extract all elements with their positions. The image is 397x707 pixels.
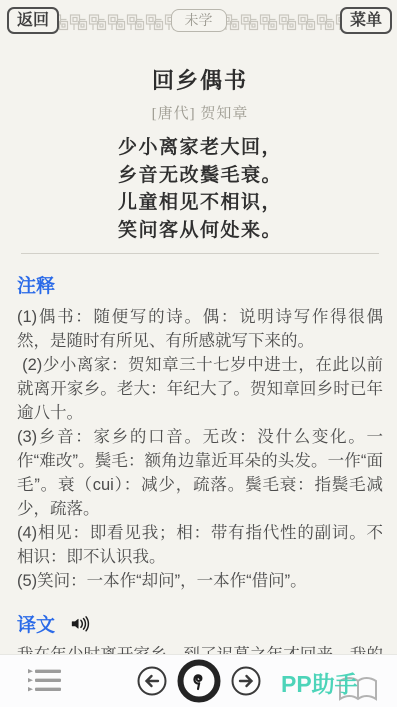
menu-button[interactable]: 菜单 [340,7,392,34]
poem-line: 少小离家老大回， [17,134,383,162]
lesson-content: 回乡偶书 [唐代] 贺知章 少小离家老大回， 乡音无改鬓毛衰。 儿童相见不相识，… [0,40,397,691]
note-item: (1)偶书：随便写的诗。偶：说明诗写作得很偶然，是随时有所见、有所感就写下来的。 [17,305,383,353]
back-button[interactable]: 返回 [7,7,59,34]
pp-assistant-watermark: PP助手 [281,663,381,703]
app-screen: 返回 未学 菜单 回乡偶书 [唐代] 贺知章 少小离家老大回， 乡音无改鬓毛衰。… [0,0,397,707]
notes-body: (1)偶书：随便写的诗。偶：说明诗写作得很偶然，是随时有所见、有所感就写下来的。… [17,305,383,593]
spiral-home-button[interactable] [176,658,222,704]
note-item: (3)乡音：家乡的口音。无改：没什么变化。一作“难改”。鬓毛：额角边靠近耳朵的头… [17,425,383,521]
speaker-icon[interactable] [69,614,91,634]
bottom-bar: PP助手 [0,654,397,707]
notes-header: 注释 [17,271,383,298]
note-item: (4)相见：即看见我；相：带有指代性的副词。不相识：即不认识我。 [17,521,383,569]
note-item: (2)少小离家：贺知章三十七岁中进士，在此以前就离开家乡。老大：年纪大了。贺知章… [17,353,383,425]
poem-line: 儿童相见不相识， [17,189,383,217]
page-controls [136,658,262,704]
next-page-button[interactable] [230,665,262,697]
translation-header-label: 译文 [17,610,55,637]
poem-title: 回乡偶书 [17,64,383,95]
translation-header: 译文 [17,610,383,637]
top-bar: 返回 未学 菜单 [0,0,397,40]
note-item: (5)笑问：一本作“却问”，一本作“借问”。 [17,569,383,593]
poem-body: 少小离家老大回， 乡音无改鬓毛衰。 儿童相见不相识， 笑问客从何处来。 [17,134,383,244]
notes-section: 注释 (1)偶书：随便写的诗。偶：说明诗写作得很偶然，是随时有所见、有所感就写下… [17,271,383,593]
toc-list-icon[interactable] [26,666,64,696]
previous-page-button[interactable] [136,665,168,697]
poem-author: [唐代] 贺知章 [17,102,383,123]
poem-line: 乡音无改鬓毛衰。 [17,162,383,190]
poem-line: 笑问客从何处来。 [17,217,383,245]
status-badge[interactable]: 未学 [171,9,227,32]
watermark-text: PP助手 [281,666,358,699]
section-divider [21,253,379,254]
